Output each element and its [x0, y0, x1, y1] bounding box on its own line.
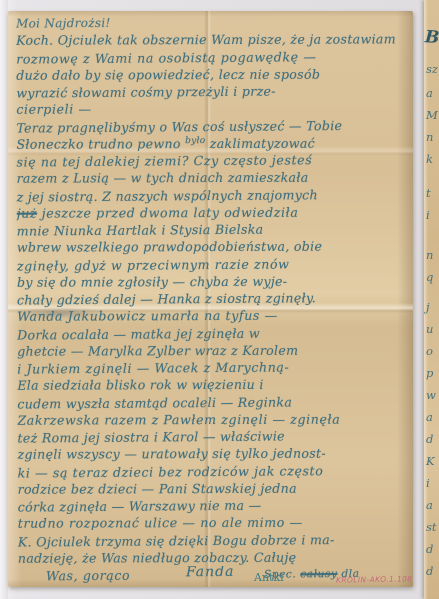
handwritten-text-block: Moi Najdrożsi! Koch. Ojciulek tak obszer…: [16, 13, 413, 584]
letter-line: i Jurkiem zginęli — Wacek z Marychną-: [17, 357, 413, 377]
letter-line: cudem wyszła stamtąd ocaleli — Reginka: [17, 392, 413, 412]
letter-line: Wanda Jakubowicz umarła na tyfus —: [17, 307, 413, 326]
letter-line: Dorka ocalała — matka jej zginęła w: [17, 323, 413, 343]
adjacent-page-heading-fragment: Bo: [424, 27, 439, 49]
adjacent-page-edge: Bo sz a M n k t i n q j u o p w a d K i …: [424, 0, 439, 599]
letter-line: Zakrzewska razem z Pawłem zginęli — zgin…: [17, 410, 413, 429]
letter-line: córka zginęła — Warszawy nie ma —: [18, 495, 413, 515]
letter-line: chały gdzieś dalej — Hanka z siostrą zgi…: [17, 288, 413, 308]
letter-line: dużo dało by się opowiedzieć, lecz nie s…: [16, 65, 412, 84]
struck-word: całusy: [300, 568, 337, 580]
letter-line: nadzieję, że Was niedługo zobaczy. Całuj…: [18, 548, 413, 567]
closing-words: Was, gorąco: [46, 567, 130, 585]
text-fragment: d: [426, 432, 433, 446]
letter-line: by się do mnie zgłosiły — chyba że wyje-: [17, 272, 413, 291]
text-fragment: w: [426, 388, 436, 402]
letter-line: wbrew wszelkiego prawdopodobieństwa, obi…: [17, 238, 413, 257]
archive-reference-number: KROLIN-AKO.1.108: [336, 574, 413, 584]
letter-line: rodzice bez dzieci — Pani Stawskiej jedn…: [18, 479, 413, 498]
letter-line: się na tej dalekiej ziemi? Czy często je…: [16, 150, 412, 170]
letter-line: z jej siostrą. Z naszych wspólnych znajo…: [17, 185, 413, 205]
text-fragment: sz: [426, 62, 438, 76]
scanned-letter-screenshot: Moi Najdrożsi! Koch. Ojciulek tak obszer…: [0, 0, 439, 599]
text-fragment: M: [426, 108, 438, 122]
text-fragment: a: [426, 498, 433, 512]
letter-line: ki — są teraz dzieci bez rodziców jak cz…: [18, 461, 413, 481]
letter-line-with-strike: już jeszcze przed dwoma laty odwiedziła: [17, 203, 413, 222]
letter-line: zaklimatyzować: [210, 135, 315, 150]
text-fragment: st: [426, 520, 437, 534]
postscript-second-line: Antki: [254, 571, 284, 584]
text-fragment: n: [426, 248, 433, 262]
text-fragment: p: [426, 366, 433, 380]
letter-line: cierpieli —: [16, 100, 412, 119]
text-fragment: d: [426, 564, 433, 578]
struck-word: już: [17, 205, 38, 220]
letter-line: jeszcze przed dwoma laty odwiedziła: [42, 204, 299, 220]
letter-line: K. Ojciulek trzyma się dzięki Bogu dobrz…: [18, 530, 413, 550]
letter-line: wyrazić słowami cośmy przeżyli i prze-: [16, 81, 412, 101]
letter-line: Koch. Ojciulek tak obszernie Wam pisze, …: [16, 31, 412, 50]
text-fragment: i: [426, 208, 430, 222]
inserted-word-above-line: było: [185, 134, 205, 150]
text-fragment: k: [426, 152, 433, 166]
text-fragment: q: [426, 270, 433, 284]
letter-line-with-insert: Słoneczko trudno pewno było zaklimatyzow…: [16, 134, 412, 153]
letter-line: też Roma jej siostra i Karol — właściwie: [17, 426, 413, 446]
text-fragment: t: [426, 186, 431, 200]
text-fragment: j: [426, 300, 430, 314]
text-fragment: n: [426, 130, 433, 144]
letter-page: Moi Najdrożsi! Koch. Ojciulek tak obszer…: [8, 11, 413, 587]
letter-line: Słoneczko trudno pewno: [16, 136, 180, 152]
text-fragment: u: [426, 322, 433, 336]
letter-line: Teraz pragnęlibyśmy o Was coś usłyszeć —…: [16, 116, 412, 136]
salutation: Moi Najdrożsi!: [16, 12, 412, 32]
letter-line: zginęli wszyscy — uratowały się tylko je…: [18, 445, 413, 464]
letter-line: razem z Lusią — w tych dniach zamieszkał…: [17, 169, 413, 188]
letter-line: mnie Niunka Hartlak i Stysia Bielska: [17, 219, 413, 239]
text-fragment: o: [426, 344, 433, 358]
text-fragment: a: [426, 410, 433, 424]
text-fragment: d: [426, 542, 433, 556]
text-fragment: K: [426, 454, 435, 468]
letter-line: ghetcie — Marylka Zylber wraz z Karolem: [17, 341, 413, 360]
letter-line: zginęły, gdyż w przeciwnym razie znów: [17, 254, 413, 274]
text-fragment: a: [426, 86, 433, 100]
text-fragment: i: [426, 476, 430, 490]
letter-line: rozmowę z Wami na osobistą pogawędkę —: [16, 47, 412, 67]
letter-line: trudno rozpoznać ulice — no ale mimo —: [18, 514, 413, 533]
letter-line: Ela siedziała blisko rok w więzieniu i: [17, 376, 413, 395]
scan-background-edge: [0, 0, 8, 599]
signature: Fanda: [186, 564, 235, 581]
